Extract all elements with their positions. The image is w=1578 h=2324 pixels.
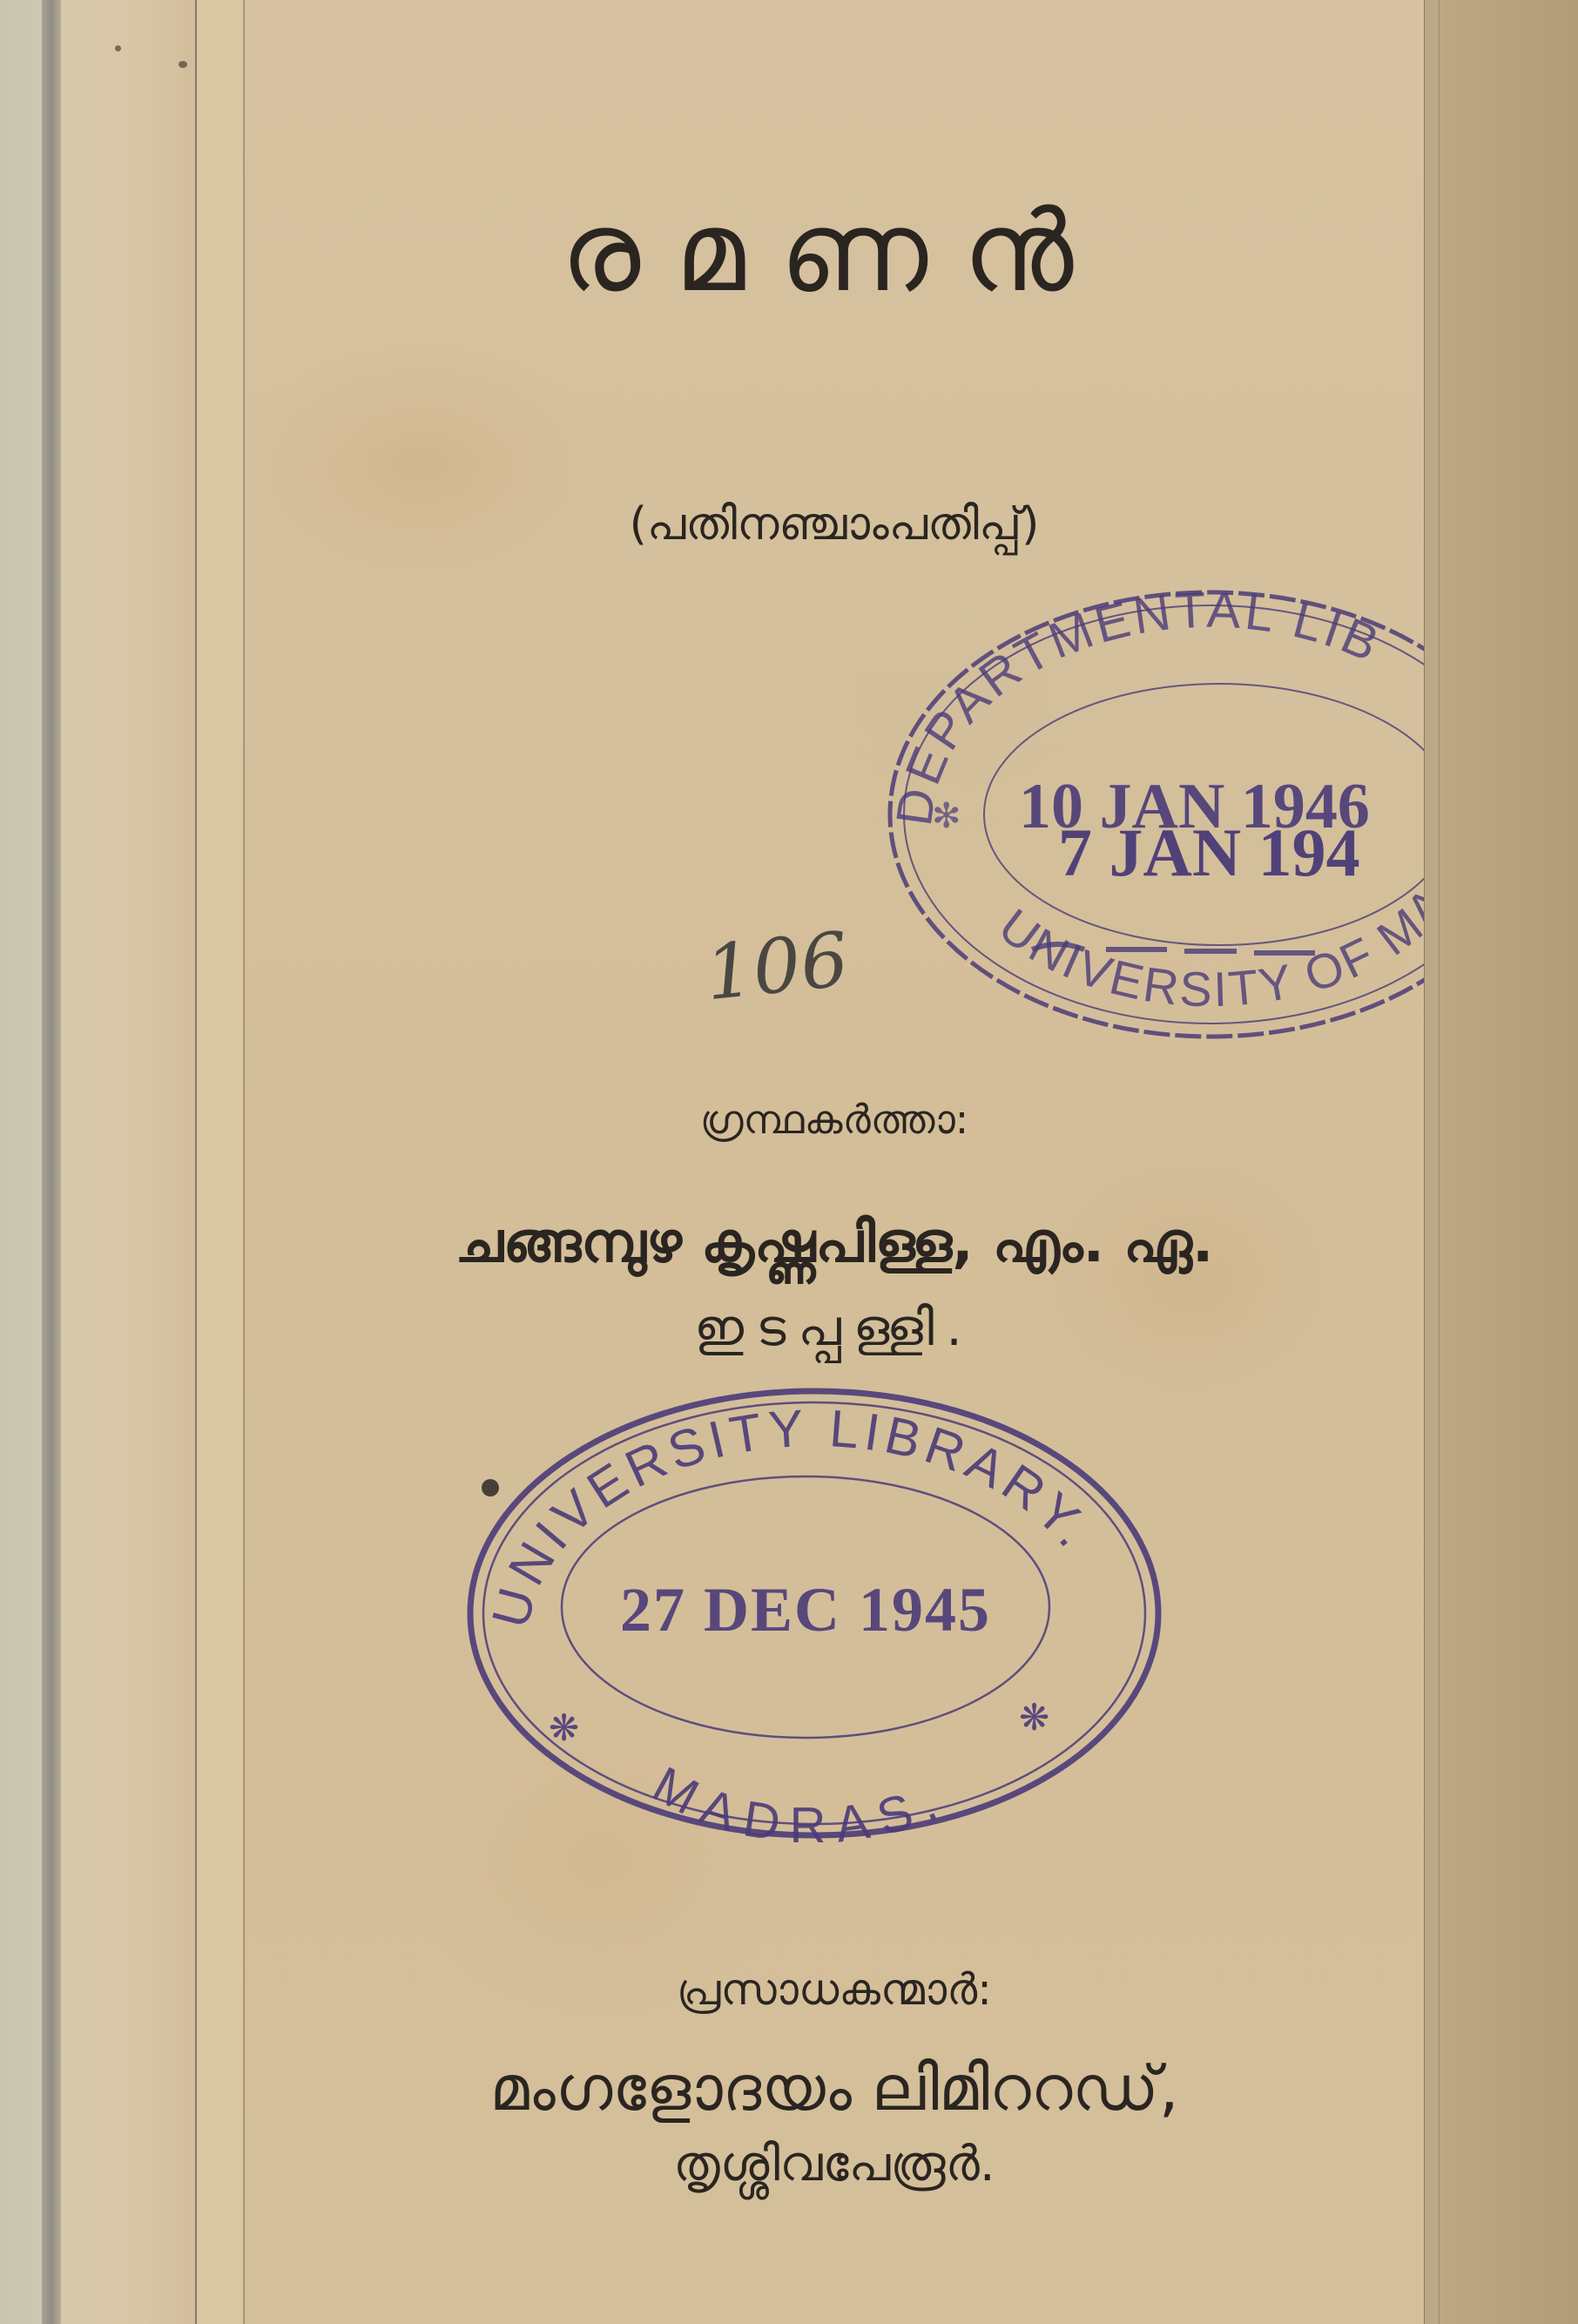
university-library-stamp: UNIVERSITY LIBRARY. MADRAS. ❋ ❋ 27 DEC 1… <box>462 1385 1167 1847</box>
stamp-bottom-text: MADRAS. <box>644 1756 956 1847</box>
binding-edge <box>42 0 61 2324</box>
ink-speck <box>482 1479 499 1496</box>
ink-speck <box>115 45 121 51</box>
author-place: ഇടപ്പള്ളി. <box>245 1298 1424 1358</box>
stamp-date: 27 DEC 1945 <box>620 1575 991 1645</box>
publisher-label: പ്രസാധകന്മാർ: <box>245 1964 1424 2016</box>
publisher-name: മംഗളോദയം ലിമിററഡ്, <box>245 2051 1424 2126</box>
departmental-library-stamp: DEPARTMENTAL LIB UNIVERSITY OF MADR ✻ 10… <box>880 566 1424 1054</box>
ornament-icon-left: ❋ <box>549 1707 579 1748</box>
book-title: രമണൻ <box>245 187 1424 319</box>
star-icon: ✻ <box>932 797 961 835</box>
page-inner-margin <box>197 0 244 2324</box>
author-label: ഗ്രന്ഥകർത്താ: <box>245 1096 1424 1145</box>
ink-speck <box>179 61 187 68</box>
publisher-city: തൃശ്ശിവപേരൂർ. <box>245 2136 1424 2193</box>
stamp-date-2: 7 JAN 194 <box>1058 814 1360 890</box>
author-name: ചങ്ങമ്പുഴ കൃഷ്ണപിള്ള, എം. ഏ. <box>245 1211 1424 1275</box>
binding-tape-grey <box>0 0 44 2324</box>
svg-text:MADRAS.: MADRAS. <box>644 1756 956 1847</box>
ornament-icon-right: ❋ <box>1019 1697 1049 1738</box>
right-backing-sheet <box>1424 0 1578 2324</box>
handwritten-accession-number: 106 <box>701 916 853 1018</box>
binding-tape-pale <box>61 0 196 2324</box>
edition-note: (പതിനഞ്ചാംപതിപ്പ്) <box>245 498 1424 551</box>
right-fold-line <box>1439 0 1440 2324</box>
